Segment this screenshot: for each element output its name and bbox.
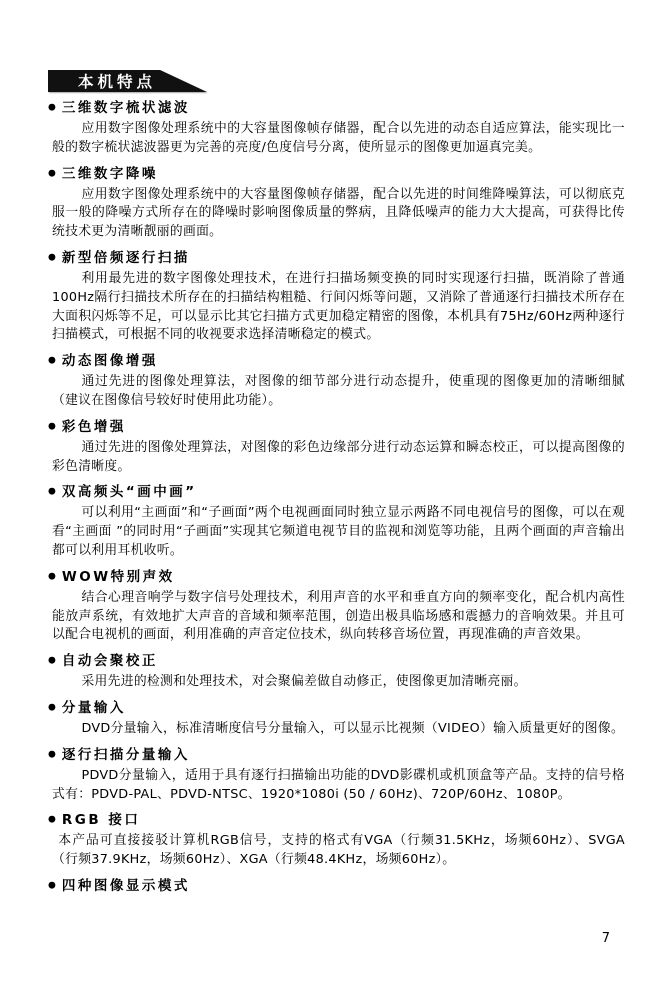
feature-body: PDVD分量输入，适用于具有逐行扫描输出功能的DVD影碟机或机顶盒等产品。支持的… — [52, 767, 625, 805]
feature-title-text: 三维数字梳状滤波 — [62, 99, 190, 117]
bullet-icon: ● — [48, 745, 56, 763]
feature-rgb-port: ●RGB 接口 本产品可直接接驳计算机RGB信号，支持的格式有VGA（行频31.… — [48, 811, 625, 870]
feature-title-text: 四种图像显示模式 — [62, 877, 190, 895]
feature-title-text: 分量输入 — [62, 699, 126, 717]
feature-title: ●WOW特别声效 — [48, 568, 625, 586]
feature-body: 通过先进的图像处理算法，对图像的细节部分进行动态提升，使重现的图像更加的清晰细腻… — [52, 373, 625, 411]
feature-title-text: 动态图像增强 — [62, 352, 158, 370]
bullet-icon: ● — [48, 567, 56, 585]
feature-progressive-component-input: ●逐行扫描分量输入 PDVD分量输入，适用于具有逐行扫描输出功能的DVD影碟机或… — [48, 746, 625, 805]
feature-title: ●双高频头“画中画” — [48, 483, 625, 501]
feature-title-text: 三维数字降噪 — [62, 165, 158, 183]
feature-title-text: 双高频头“画中画” — [62, 483, 197, 501]
feature-auto-convergence: ●自动会聚校正 采用先进的检测和处理技术，对会聚偏差做自动修正，使图像更加清晰亮… — [48, 652, 625, 692]
bullet-icon: ● — [48, 248, 56, 266]
bullet-icon: ● — [48, 876, 56, 894]
page-number: 7 — [602, 931, 610, 946]
bullet-icon: ● — [48, 483, 56, 501]
feature-component-input: ●分量输入 DVD分量输入，标准清晰度信号分量输入，可以显示比视频（VIDEO）… — [48, 699, 625, 739]
feature-title: ●逐行扫描分量输入 — [48, 746, 625, 764]
feature-body: 本产品可直接接驳计算机RGB信号，支持的格式有VGA（行频31.5KHz，场频6… — [52, 832, 625, 870]
bullet-icon: ● — [48, 698, 56, 716]
feature-title: ●三维数字梳状滤波 — [48, 99, 625, 117]
manual-page: 本机特点 ●三维数字梳状滤波 应用数字图像处理系统中的大容量图像帧存储器，配合以… — [48, 70, 625, 898]
section-banner: 本机特点 — [48, 70, 208, 92]
feature-body: 采用先进的检测和处理技术，对会聚偏差做自动修正，使图像更加清晰亮丽。 — [52, 673, 625, 692]
feature-display-modes: ●四种图像显示模式 — [48, 877, 625, 895]
feature-title: ●动态图像增强 — [48, 352, 625, 370]
bullet-icon: ● — [48, 811, 56, 829]
feature-title: ●彩色增强 — [48, 418, 625, 436]
feature-title: ●四种图像显示模式 — [48, 877, 625, 895]
feature-title: ●新型倍频逐行扫描 — [48, 249, 625, 267]
feature-title-text: WOW特别声效 — [62, 568, 175, 586]
section-banner-shape: 本机特点 — [48, 70, 207, 92]
bullet-icon: ● — [48, 164, 56, 182]
feature-title-text: 自动会聚校正 — [62, 652, 158, 670]
section-title: 本机特点 — [48, 70, 156, 92]
feature-body: 通过先进的图像处理算法，对图像的彩色边缘部分进行动态运算和瞬态校正，可以提高图像… — [52, 439, 625, 477]
feature-title-text: 逐行扫描分量输入 — [62, 746, 190, 764]
feature-wow-sound: ●WOW特别声效 结合心理音响学与数字信号处理技术，利用声音的水平和垂直方向的频… — [48, 568, 625, 645]
feature-title: ●三维数字降噪 — [48, 165, 625, 183]
feature-noise-reduction: ●三维数字降噪 应用数字图像处理系统中的大容量图像帧存储器，配合以先进的时间维降… — [48, 165, 625, 242]
feature-title: ●分量输入 — [48, 699, 625, 717]
feature-title-text: 彩色增强 — [62, 418, 126, 436]
bullet-icon: ● — [48, 652, 56, 670]
feature-progressive-scan: ●新型倍频逐行扫描 利用最先进的数字图像处理技术，在进行扫描场频变换的同时实现逐… — [48, 249, 625, 345]
feature-body: 利用最先进的数字图像处理技术，在进行扫描场频变换的同时实现逐行扫描，既消除了普通… — [52, 270, 625, 345]
feature-dynamic-image: ●动态图像增强 通过先进的图像处理算法，对图像的细节部分进行动态提升，使重现的图… — [48, 352, 625, 411]
feature-comb-filter: ●三维数字梳状滤波 应用数字图像处理系统中的大容量图像帧存储器，配合以先进的动态… — [48, 99, 625, 158]
feature-title-text: 新型倍频逐行扫描 — [62, 249, 190, 267]
feature-color-enhance: ●彩色增强 通过先进的图像处理算法，对图像的彩色边缘部分进行动态运算和瞬态校正，… — [48, 418, 625, 477]
feature-body: 结合心理音响学与数字信号处理技术，利用声音的水平和垂直方向的频率变化，配合机内高… — [52, 589, 625, 645]
feature-title: ●自动会聚校正 — [48, 652, 625, 670]
feature-body: 应用数字图像处理系统中的大容量图像帧存储器，配合以先进的时间维降噪算法，可以彻底… — [52, 186, 625, 242]
feature-pip: ●双高频头“画中画” 可以利用“主画面”和“子画面”两个电视画面同时独立显示两路… — [48, 483, 625, 560]
feature-title-text: RGB 接口 — [62, 811, 140, 829]
feature-body: DVD分量输入，标准清晰度信号分量输入，可以显示比视频（VIDEO）输入质量更好… — [52, 720, 625, 739]
feature-title: ●RGB 接口 — [48, 811, 625, 829]
feature-body: 应用数字图像处理系统中的大容量图像帧存储器，配合以先进的动态自适应算法，能实现比… — [52, 120, 625, 158]
bullet-icon: ● — [48, 352, 56, 370]
feature-body: 可以利用“主画面”和“子画面”两个电视画面同时独立显示两路不同电视信号的图像，可… — [52, 504, 625, 560]
bullet-icon: ● — [48, 99, 56, 117]
bullet-icon: ● — [48, 417, 56, 435]
